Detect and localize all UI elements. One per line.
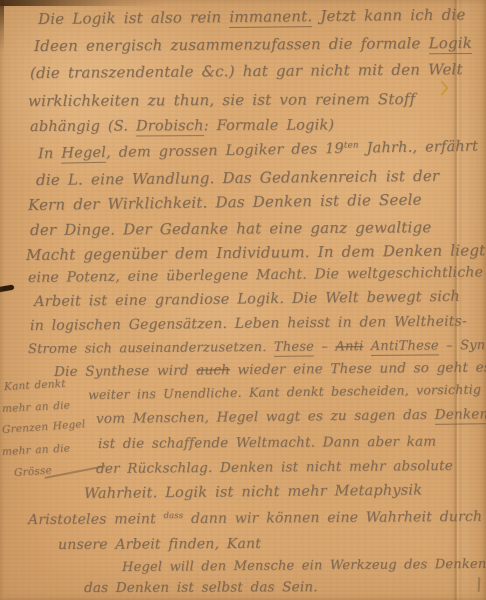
manuscript-word: –	[314, 339, 336, 354]
manuscript-word: wieder eine These und so geht es	[230, 359, 486, 378]
manuscript-word: dass	[163, 510, 183, 520]
manuscript-line: ist die schaffende Weltmacht. Dann aber …	[98, 434, 436, 452]
manuscript-line: das Denken ist selbst das Sein.	[84, 579, 318, 596]
manuscript-line: (die transzendentale &c.) hat gar nicht …	[30, 60, 463, 82]
manuscript-word: – Synthese	[439, 338, 486, 354]
manuscript-line: abhängig (S. Drobisch: Formale Logik)	[30, 117, 334, 135]
manuscript-line: vom Menschen, Hegel wagt es zu sagen das…	[96, 406, 486, 427]
manuscript-line: eine Potenz, eine überlegene Macht. Die …	[28, 264, 483, 286]
manuscript-page: Die Logik ist also rein immanent. Jetzt …	[0, 0, 486, 600]
manuscript-line: in logischen Gegensätzen. Leben heisst i…	[30, 313, 467, 334]
manuscript-word: das Denken ist selbst das Sein.	[84, 579, 318, 596]
manuscript-line: Die Synthese wird auch wieder eine These…	[54, 359, 486, 380]
manuscript-word: Aristoteles meint	[28, 511, 164, 528]
manuscript-line: Strome sich auseinanderzusetzen. These –…	[28, 338, 486, 357]
manuscript-word: Kant denkt	[4, 378, 66, 393]
manuscript-word: dann wir können eine Wahrheit durch	[183, 509, 482, 527]
manuscript-word: Jetzt kann ich die	[312, 6, 465, 26]
manuscript-word: Anti	[335, 339, 363, 354]
manuscript-line: die L. eine Wandlung. Das Gedankenreich …	[36, 167, 439, 189]
manuscript-word: immanent.	[229, 7, 312, 28]
manuscript-word: ten	[344, 140, 359, 150]
margin-note-line: Kant denkt	[4, 378, 66, 393]
manuscript-word: Drobisch	[136, 118, 204, 136]
manuscript-line: der Rückschlag. Denken ist nicht mehr ab…	[96, 458, 453, 477]
manuscript-word: abhängig (S.	[30, 118, 136, 135]
manuscript-word: AntiThese	[371, 338, 439, 356]
manuscript-word: Macht gegenüber dem Individuum. In dem D…	[26, 241, 486, 264]
manuscript-word: der Dinge. Der Gedanke hat eine ganz gew…	[30, 218, 432, 239]
margin-note-line: mehr an die	[2, 399, 71, 415]
manuscript-word: : Formale Logik)	[204, 117, 335, 134]
margin-note-line: Grösse	[14, 464, 53, 479]
manuscript-word: eine Potenz, eine überlegene Macht. Die …	[28, 264, 483, 286]
manuscript-line: Arbeit ist eine grandiose Logik. Die Wel…	[34, 289, 460, 310]
manuscript-word: die L. eine Wandlung. Das Gedankenreich …	[36, 167, 439, 189]
manuscript-word: Strome sich auseinanderzusetzen.	[28, 340, 274, 357]
manuscript-word: mehr an die	[2, 442, 71, 458]
manuscript-word: Jahrh., erfährt	[359, 139, 479, 157]
manuscript-word: Die Synthese wird	[54, 363, 196, 380]
manuscript-word: unsere Arbeit finden, Kant	[58, 536, 261, 553]
manuscript-line: Wahrheit. Logik ist nicht mehr Metaphysi…	[84, 482, 422, 502]
manuscript-word: Arbeit ist eine grandiose Logik. Die Wel…	[34, 289, 460, 310]
manuscript-line: Hegel will den Mensche ein Werkzeug des …	[122, 557, 486, 575]
manuscript-line: Kern der Wirklichkeit. Das Denken ist di…	[28, 191, 422, 214]
manuscript-word: vom Menschen, Hegel wagt es zu sagen das	[96, 407, 435, 427]
manuscript-line: In Hegel, dem grossen Logiker des 19ten …	[38, 138, 478, 162]
manuscript-word: Die Logik ist also rein	[38, 8, 230, 28]
manuscript-word: Logik	[429, 34, 473, 54]
manuscript-line: weiter ins Unendliche. Kant denkt besche…	[88, 382, 481, 402]
manuscript-word: These	[274, 340, 314, 357]
manuscript-word: mehr an die	[2, 399, 71, 415]
manuscript-word: in logischen Gegensätzen. Leben heisst i…	[30, 313, 467, 334]
manuscript-line: wirklichkeiten zu thun, sie ist von rein…	[28, 90, 415, 110]
manuscript-word: ist die schaffende Weltmacht. Dann aber …	[98, 434, 436, 452]
manuscript-word: Wahrheit. Logik ist nicht mehr Metaphysi…	[84, 482, 422, 502]
manuscript-word: Ideen energisch zusammenzufassen die for…	[34, 34, 429, 55]
manuscript-word: Grösse	[14, 464, 53, 479]
manuscript-line: Ideen energisch zusammenzufassen die for…	[34, 34, 472, 55]
manuscript-word	[363, 339, 370, 354]
manuscript-word: Hegel will den Mensche ein Werkzeug des …	[122, 557, 486, 575]
manuscript-word: Denken	[435, 406, 486, 425]
manuscript-line: Macht gegenüber dem Individuum. In dem D…	[26, 241, 486, 264]
manuscript-line: Aristoteles meint dass dann wir können e…	[28, 508, 482, 528]
manuscript-word: wirklichkeiten zu thun, sie ist von rein…	[28, 90, 415, 110]
manuscript-word: (die transzendentale &c.) hat gar nicht …	[30, 60, 463, 82]
manuscript-word: weiter ins Unendliche. Kant denkt besche…	[88, 382, 481, 402]
manuscript-word: Kern der Wirklichkeit. Das Denken ist di…	[28, 191, 422, 214]
manuscript-text: Die Logik ist also rein immanent. Jetzt …	[0, 0, 486, 600]
manuscript-word: auch	[196, 362, 230, 378]
manuscript-word: In	[38, 146, 62, 162]
margin-note-line: mehr an die	[2, 442, 71, 458]
manuscript-word: der Rückschlag. Denken ist nicht mehr ab…	[96, 458, 453, 477]
manuscript-line: unsere Arbeit finden, Kant	[58, 536, 261, 553]
manuscript-line: Die Logik ist also rein immanent. Jetzt …	[38, 6, 466, 28]
manuscript-word: , dem grossen Logiker des 19	[106, 141, 344, 161]
manuscript-word: Grenzen Hegel	[2, 418, 86, 436]
manuscript-word: Hegel	[61, 145, 106, 164]
margin-note-line: Grenzen Hegel	[2, 418, 86, 436]
manuscript-line: der Dinge. Der Gedanke hat eine ganz gew…	[30, 218, 432, 239]
